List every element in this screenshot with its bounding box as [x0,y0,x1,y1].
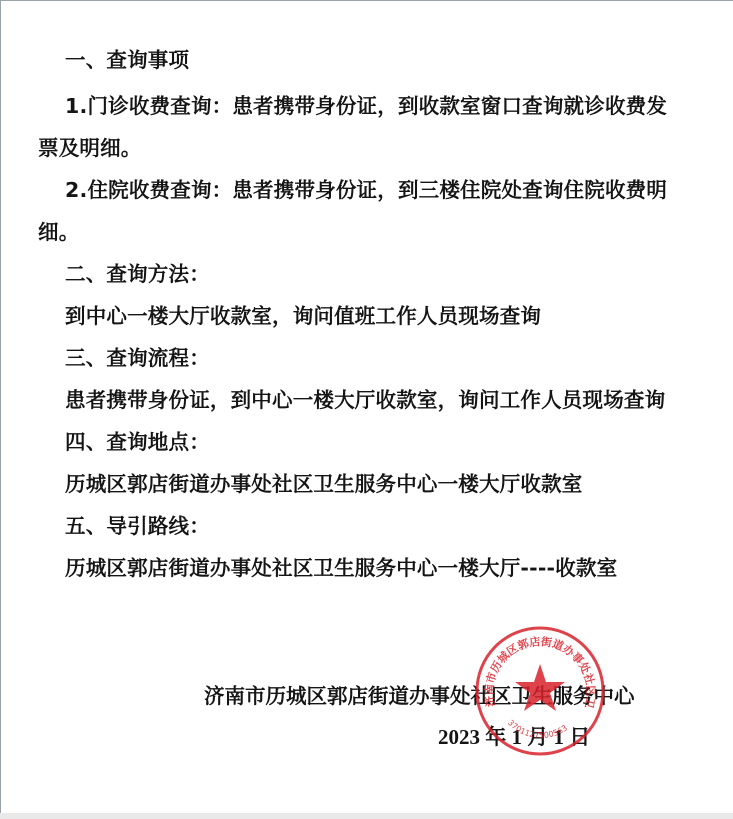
section-1-heading: 一、查询事项 [65,43,189,73]
section-4-body: 历城区郭店街道办事处社区卫生服务中心一楼大厅收款室 [65,467,583,497]
section-4-heading: 四、查询地点： [65,425,210,455]
section-3-heading: 三、查询流程： [65,341,210,371]
official-seal-icon: 济南市历城区郭店街道办事处社区卫生服务中心 3701127500563 [473,624,607,758]
svg-text:3701127500563: 3701127500563 [506,718,569,740]
section-5-heading: 五、导引路线： [65,509,210,539]
section-2-heading: 二、查询方法： [65,257,210,287]
section-1-item-1-line-2: 票及明细。 [38,131,142,161]
section-1-item-1-line-1: 1.门诊收费查询：患者携带身份证，到收款室窗口查询就诊收费发 [65,89,667,119]
section-3-body: 患者携带身份证，到中心一楼大厅收款室，询问工作人员现场查询 [65,383,665,413]
document-page: 一、查询事项 1.门诊收费查询：患者携带身份证，到收款室窗口查询就诊收费发 票及… [0,0,733,813]
section-2-body: 到中心一楼大厅收款室，询问值班工作人员现场查询 [65,299,541,329]
section-1-item-2-line-1: 2.住院收费查询：患者携带身份证，到三楼住院处查询住院收费明 [65,173,667,203]
section-5-body: 历城区郭店街道办事处社区卫生服务中心一楼大厅----收款室 [65,551,617,581]
section-1-item-2-line-2: 细。 [38,215,79,245]
